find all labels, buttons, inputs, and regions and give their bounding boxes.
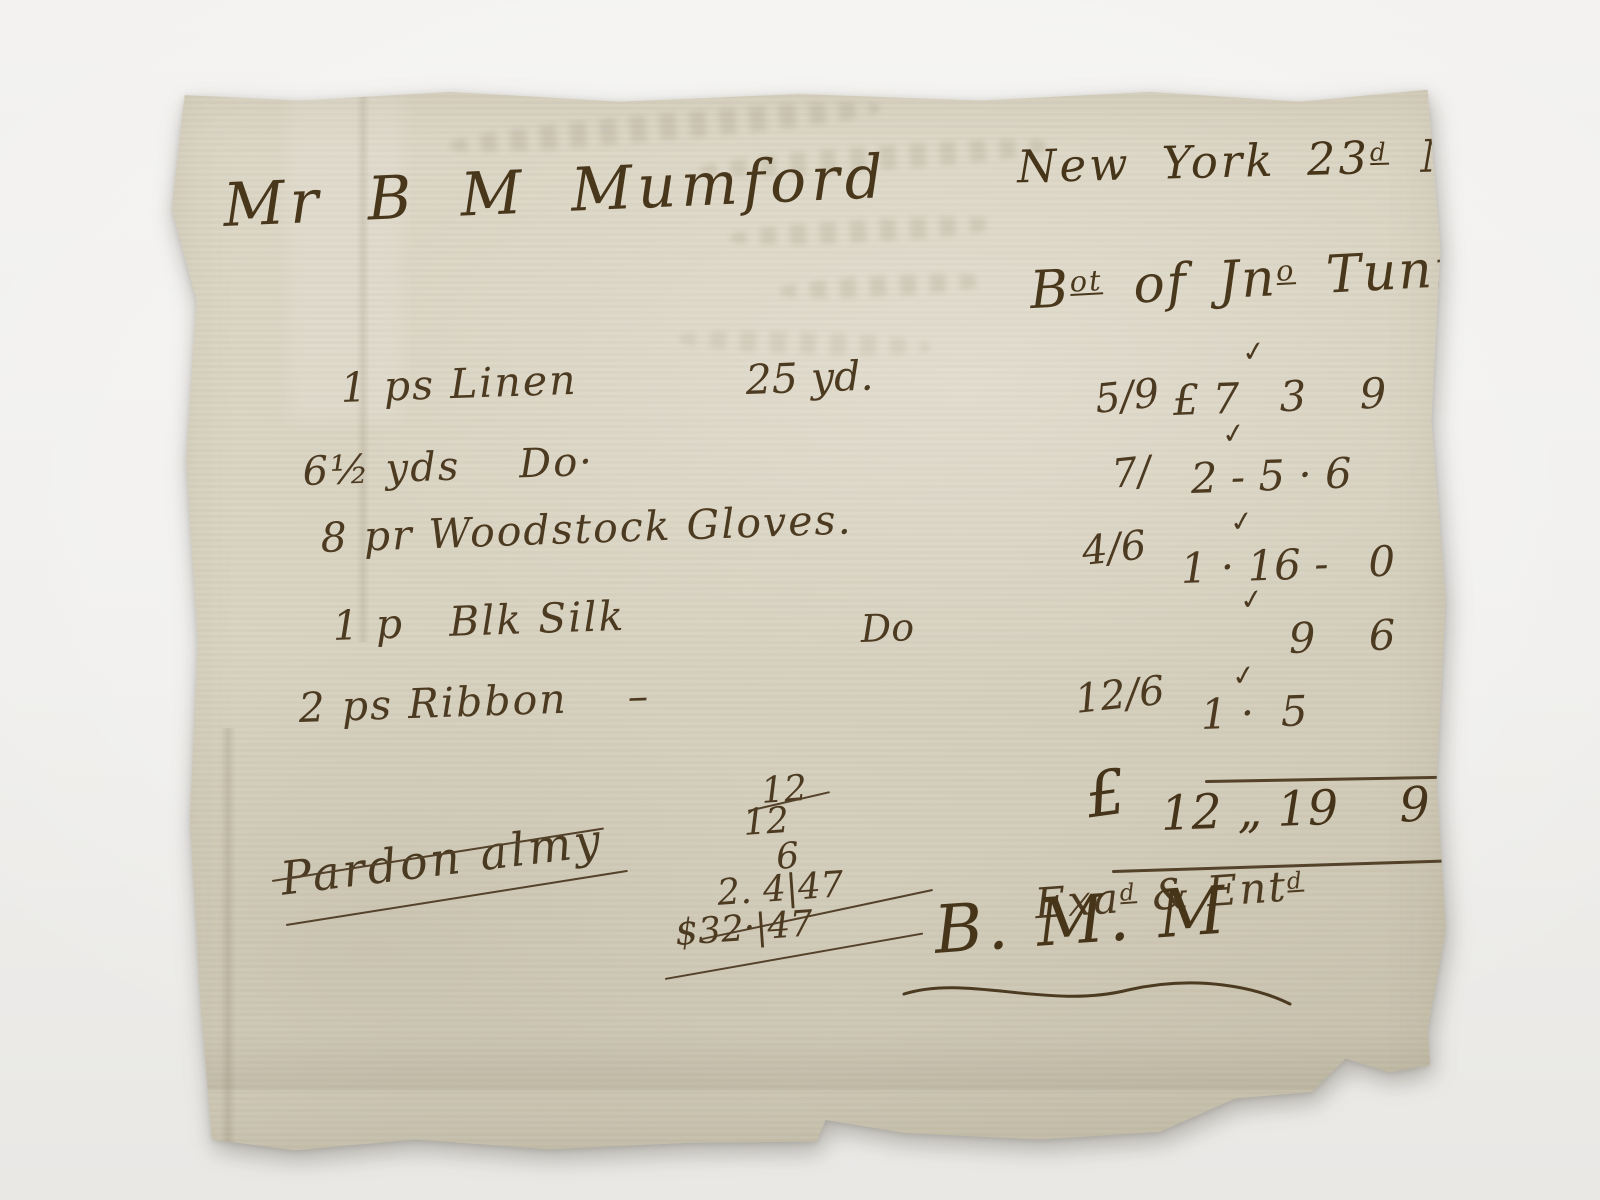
item-row-1-rate: 5/9 — [1093, 373, 1161, 420]
item-row-2-amount: 2 - 5 · 6 — [1190, 452, 1352, 500]
paper-crease — [160, 1030, 1460, 1090]
check-mark: ✓ — [1230, 661, 1257, 692]
bought-of-name: Tunnerson — [1294, 230, 1600, 307]
bought-of-b: B — [1028, 259, 1071, 321]
date-city-day: New York 23 — [1016, 131, 1370, 193]
item-row-4-amount: 9 6 — [1288, 614, 1396, 660]
item-row-4-desc: 1 p Blk Silk — [332, 596, 626, 647]
item-row-2-desc: 6½ yds Do· — [302, 442, 595, 492]
check-mark: ✓ — [1240, 337, 1267, 368]
item-row-1-desc: 1 ps Linen — [340, 360, 578, 409]
item-row-1-measure: 25 yd. — [745, 356, 874, 401]
item-row-4-measure: Do — [860, 608, 915, 648]
signature-bmm: B. M. M — [932, 877, 1231, 963]
item-row-3-amount: 1 · 16 - 0 — [1180, 541, 1396, 590]
signature-flourish — [898, 964, 1298, 1020]
date-month-year: March 1798 — [1388, 121, 1600, 183]
item-row-3-rate: 4/6 — [1080, 525, 1148, 572]
item-row-3-desc: 8 pr Woodstock Gloves. — [320, 499, 853, 559]
signature-pardon-almy: Pardon almy — [278, 816, 606, 901]
total-currency-sign: £ — [1082, 761, 1130, 828]
check-mark: ✓ — [1228, 507, 1255, 538]
item-row-2-rate: 7/ — [1110, 451, 1153, 495]
paper-crease — [220, 728, 236, 1160]
item-row-5-desc: 2 ps Ribbon – — [298, 676, 651, 729]
paper-shadow-wrap: New York 23d March 1798 Mr B M Mumford B… — [0, 0, 1600, 1200]
item-row-5-amount: 1 · 5 — [1200, 690, 1308, 736]
item-row-1-amount: £ 7 3 9 — [1172, 373, 1387, 422]
calc-line-5: $32·|47 — [674, 906, 814, 952]
bought-of-sup: ot — [1069, 263, 1103, 299]
date-superscript: d — [1370, 137, 1390, 166]
check-mark: ✓ — [1220, 419, 1247, 450]
bought-of-mid: of Jn — [1101, 248, 1278, 317]
entered-sup: d — [1286, 868, 1305, 895]
photograph-background: New York 23d March 1798 Mr B M Mumford B… — [0, 0, 1600, 1200]
bought-of-sup2: o — [1275, 253, 1296, 288]
receipt-paper: New York 23d March 1798 Mr B M Mumford B… — [160, 80, 1460, 1160]
item-row-5-rate: 12/6 — [1073, 671, 1167, 720]
check-mark: ✓ — [1238, 585, 1265, 616]
